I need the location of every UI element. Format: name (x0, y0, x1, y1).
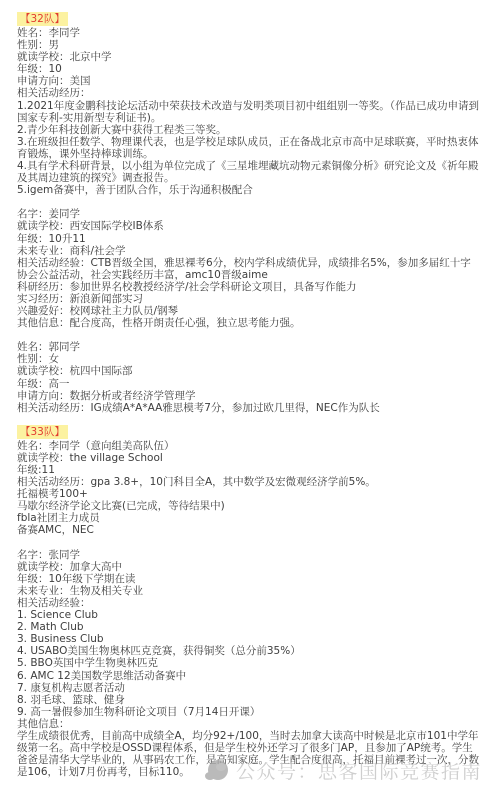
profile-line: 1. Science Club (17, 609, 479, 621)
profile-line: 未来专业：生物及相关专业 (17, 585, 479, 597)
profile-line: 相关活动经历：gpa 3.8+，10门科目全A，其中数学及宏微观经济学前5%。 (17, 476, 479, 488)
profile-line: 年级：高一 (17, 378, 479, 390)
profile-line: 相关活动经历：IG成绩A*A*AA雅思模考7分，参加过欧几里得，NEC作为队长 (17, 402, 479, 414)
profile-line: 兴趣爱好：校网球社主力队员/钢琴 (17, 305, 479, 317)
profile-line: 年级：10年级下学期在读 (17, 573, 479, 585)
profile-line: 5. BBO英国中学生物奥林匹克 (17, 657, 479, 669)
team-header-label: 【33队】 (17, 425, 68, 439)
profile-line: 就读学校：加拿大高中 (17, 561, 479, 573)
profile-line: 实习经历：新浪新闻部实习 (17, 293, 479, 305)
profile-line: 年级：10 (17, 63, 479, 75)
member-profile: 姓名：李同学（意向组美高队伍）就读学校：the village School年级… (17, 440, 479, 537)
profile-line: 姓名：李同学（意向组美高队伍） (17, 440, 479, 452)
member-profile: 姓名：郭同学性别：女就读学校：杭四中国际部年级：高一申请方向：数据分析或者经济学… (17, 341, 479, 414)
profile-line: 未来专业：商科/社会学 (17, 245, 479, 257)
team-header: 【33队】 (17, 426, 479, 439)
profile-line: 4. USABO美国生物奥林匹克竞赛，获得铜奖（总分前35%） (17, 645, 479, 657)
document-content: 【32队】姓名：李同学性别：男就读学校：北京中学年级：10申请方向：美国相关活动… (17, 13, 479, 778)
profile-line: 相关活动经历： (17, 87, 479, 99)
profile-line: 名字：姜同学 (17, 208, 479, 220)
profile-line: 3.在班级担任数学、物理课代表，也是学校足球队成员，正在备战北京市高中足球联赛，… (17, 136, 479, 160)
profile-line: 性别：女 (17, 353, 479, 365)
profile-line: 备赛AMC，NEC (17, 524, 479, 536)
profile-line: 5.igem备赛中，善于团队合作，乐于沟通积极配合 (17, 184, 479, 196)
profile-line: 就读学校：the village School (17, 452, 479, 464)
profile-line: 姓名：郭同学 (17, 341, 479, 353)
profile-line: 就读学校：北京中学 (17, 51, 479, 63)
profile-line: 相关活动经验：CTB晋级全国，雅思裸考6分，校内学科成绩优异，成绩排名5%，参加… (17, 257, 479, 281)
profile-line: 3. Business Club (17, 633, 479, 645)
profile-line: 性别：男 (17, 39, 479, 51)
profile-line: 托福模考100+ (17, 488, 479, 500)
profile-line: 申请方向：美国 (17, 75, 479, 87)
profile-line: 相关活动经验： (17, 597, 479, 609)
profile-line: 4.具有学术科研背景，以小组为单位完成了《三星堆埋藏坑动物元素铜像分析》研究论文… (17, 160, 479, 184)
profile-line: 2.青少年科技创新大赛中获得工程类三等奖。 (17, 124, 479, 136)
profile-line: 8. 羽毛球、篮球、健身 (17, 694, 479, 706)
team-section: 【33队】姓名：李同学（意向组美高队伍）就读学校：the village Sch… (17, 426, 479, 779)
member-profile: 名字：张同学就读学校：加拿大高中年级：10年级下学期在读未来专业：生物及相关专业… (17, 549, 479, 779)
profile-line: 科研经历：参加世界名校教授经济学/社会学科研论文项目，具备写作能力 (17, 281, 479, 293)
profile-line: 年级:11 (17, 464, 479, 476)
team-section: 【32队】姓名：李同学性别：男就读学校：北京中学年级：10申请方向：美国相关活动… (17, 13, 479, 414)
profile-line: 申请方向：数据分析或者经济学管理学 (17, 390, 479, 402)
profile-line: 其他信息：配合度高，性格开朗责任心强，独立思考能力强。 (17, 317, 479, 329)
team-header-label: 【32队】 (17, 12, 68, 26)
profile-line: 名字：张同学 (17, 549, 479, 561)
profile-line: 9. 高一暑假参加生物科研论文项目（7月14日开课） (17, 706, 479, 718)
profile-line: fbla社团主力成员 (17, 512, 479, 524)
profile-line: 就读学校：西安国际学校IB体系 (17, 220, 479, 232)
document-page: 【32队】姓名：李同学性别：男就读学校：北京中学年级：10申请方向：美国相关活动… (0, 0, 492, 790)
profile-line: 1.2021年度金鹏科技论坛活动中荣获技术改造与发明类项目初中组组别一等奖。（作… (17, 100, 479, 124)
profile-line: 6. AMC 12美国数学思维活动备赛中 (17, 670, 479, 682)
profile-line: 学生成绩很优秀，目前高中成绩全A，均分92+/100，当时去加拿大读高中时候是北… (17, 730, 479, 778)
profile-line: 姓名：李同学 (17, 27, 479, 39)
profile-line: 7. 康复机构志愿者活动 (17, 682, 479, 694)
profile-line: 就读学校：杭四中国际部 (17, 365, 479, 377)
profile-line: 2. Math Club (17, 621, 479, 633)
profile-line: 马歇尔经济学论文比赛(已完成，等待结果中) (17, 500, 479, 512)
member-profile: 名字：姜同学就读学校：西安国际学校IB体系年级：10升11未来专业：商科/社会学… (17, 208, 479, 329)
team-header: 【32队】 (17, 13, 479, 26)
member-profile: 姓名：李同学性别：男就读学校：北京中学年级：10申请方向：美国相关活动经历：1.… (17, 27, 479, 196)
profile-line: 其他信息： (17, 718, 479, 730)
profile-line: 年级：10升11 (17, 233, 479, 245)
